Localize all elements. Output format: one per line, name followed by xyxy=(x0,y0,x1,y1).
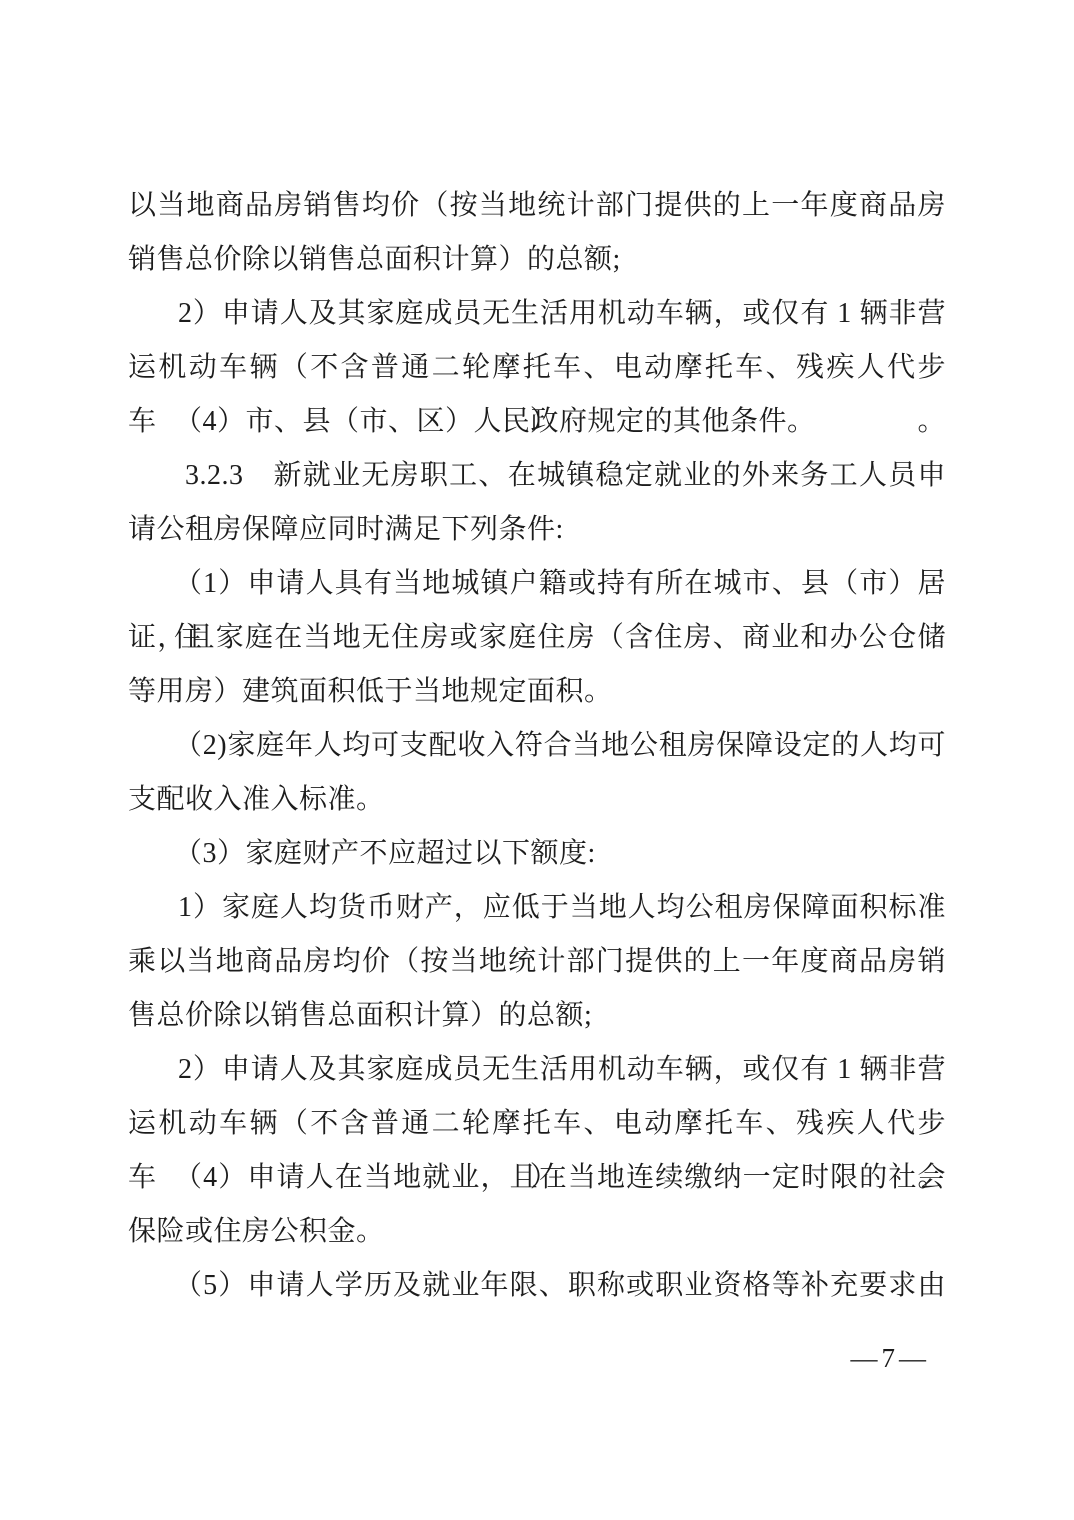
text-line: （4）市、县（市、区）人民政府规定的其他条件。 xyxy=(128,395,946,449)
text-line: 运机动车辆（不含普通二轮摩托车、电动摩托车、残疾人代步车）。 xyxy=(128,1097,946,1151)
text-line: 1）家庭人均货币财产，应低于当地人均公租房保障面积标准 xyxy=(128,881,946,935)
text-line: 证，且家庭在当地无住房或家庭住房（含住房、商业和办公仓储 xyxy=(128,611,946,665)
text-line: 运机动车辆（不含普通二轮摩托车、电动摩托车、残疾人代步车）。 xyxy=(128,341,946,395)
page-number: —7— xyxy=(851,1338,931,1378)
text-line: （3）家庭财产不应超过以下额度: xyxy=(128,827,946,881)
text-line: 2）申请人及其家庭成员无生活用机动车辆，或仅有 1 辆非营 xyxy=(128,1043,946,1097)
document-page: 以当地商品房销售均价（按当地统计部门提供的上一年度商品房 销售总价除以销售总面积… xyxy=(0,0,1074,1520)
text-line: 以当地商品房销售均价（按当地统计部门提供的上一年度商品房 xyxy=(128,179,946,233)
text-line: 等用房）建筑面积低于当地规定面积。 xyxy=(128,665,946,719)
text-line: 保险或住房公积金。 xyxy=(128,1205,946,1259)
text-line: 2）申请人及其家庭成员无生活用机动车辆，或仅有 1 辆非营 xyxy=(128,287,946,341)
text-line: （2)家庭年人均可支配收入符合当地公租房保障设定的人均可 xyxy=(128,719,946,773)
text-block: 以当地商品房销售均价（按当地统计部门提供的上一年度商品房 销售总价除以销售总面积… xyxy=(0,0,1074,1520)
text-line: （5）申请人学历及就业年限、职称或职业资格等补充要求由 xyxy=(128,1259,946,1313)
text-line: （1）申请人具有当地城镇户籍或持有所在城市、县（市）居住 xyxy=(128,557,946,611)
text-line: 销售总价除以销售总面积计算）的总额; xyxy=(128,233,946,287)
text-line: 乘以当地商品房均价（按当地统计部门提供的上一年度商品房销 xyxy=(128,935,946,989)
text-line: 售总价除以销售总面积计算）的总额; xyxy=(128,989,946,1043)
text-line: 请公租房保障应同时满足下列条件: xyxy=(128,503,946,557)
section-heading-line: 3.2.3 新就业无房职工、在城镇稳定就业的外来务工人员申 xyxy=(128,449,946,503)
text-line: 支配收入准入标准。 xyxy=(128,773,946,827)
text-line: （4）申请人在当地就业，且在当地连续缴纳一定时限的社会 xyxy=(128,1151,946,1205)
